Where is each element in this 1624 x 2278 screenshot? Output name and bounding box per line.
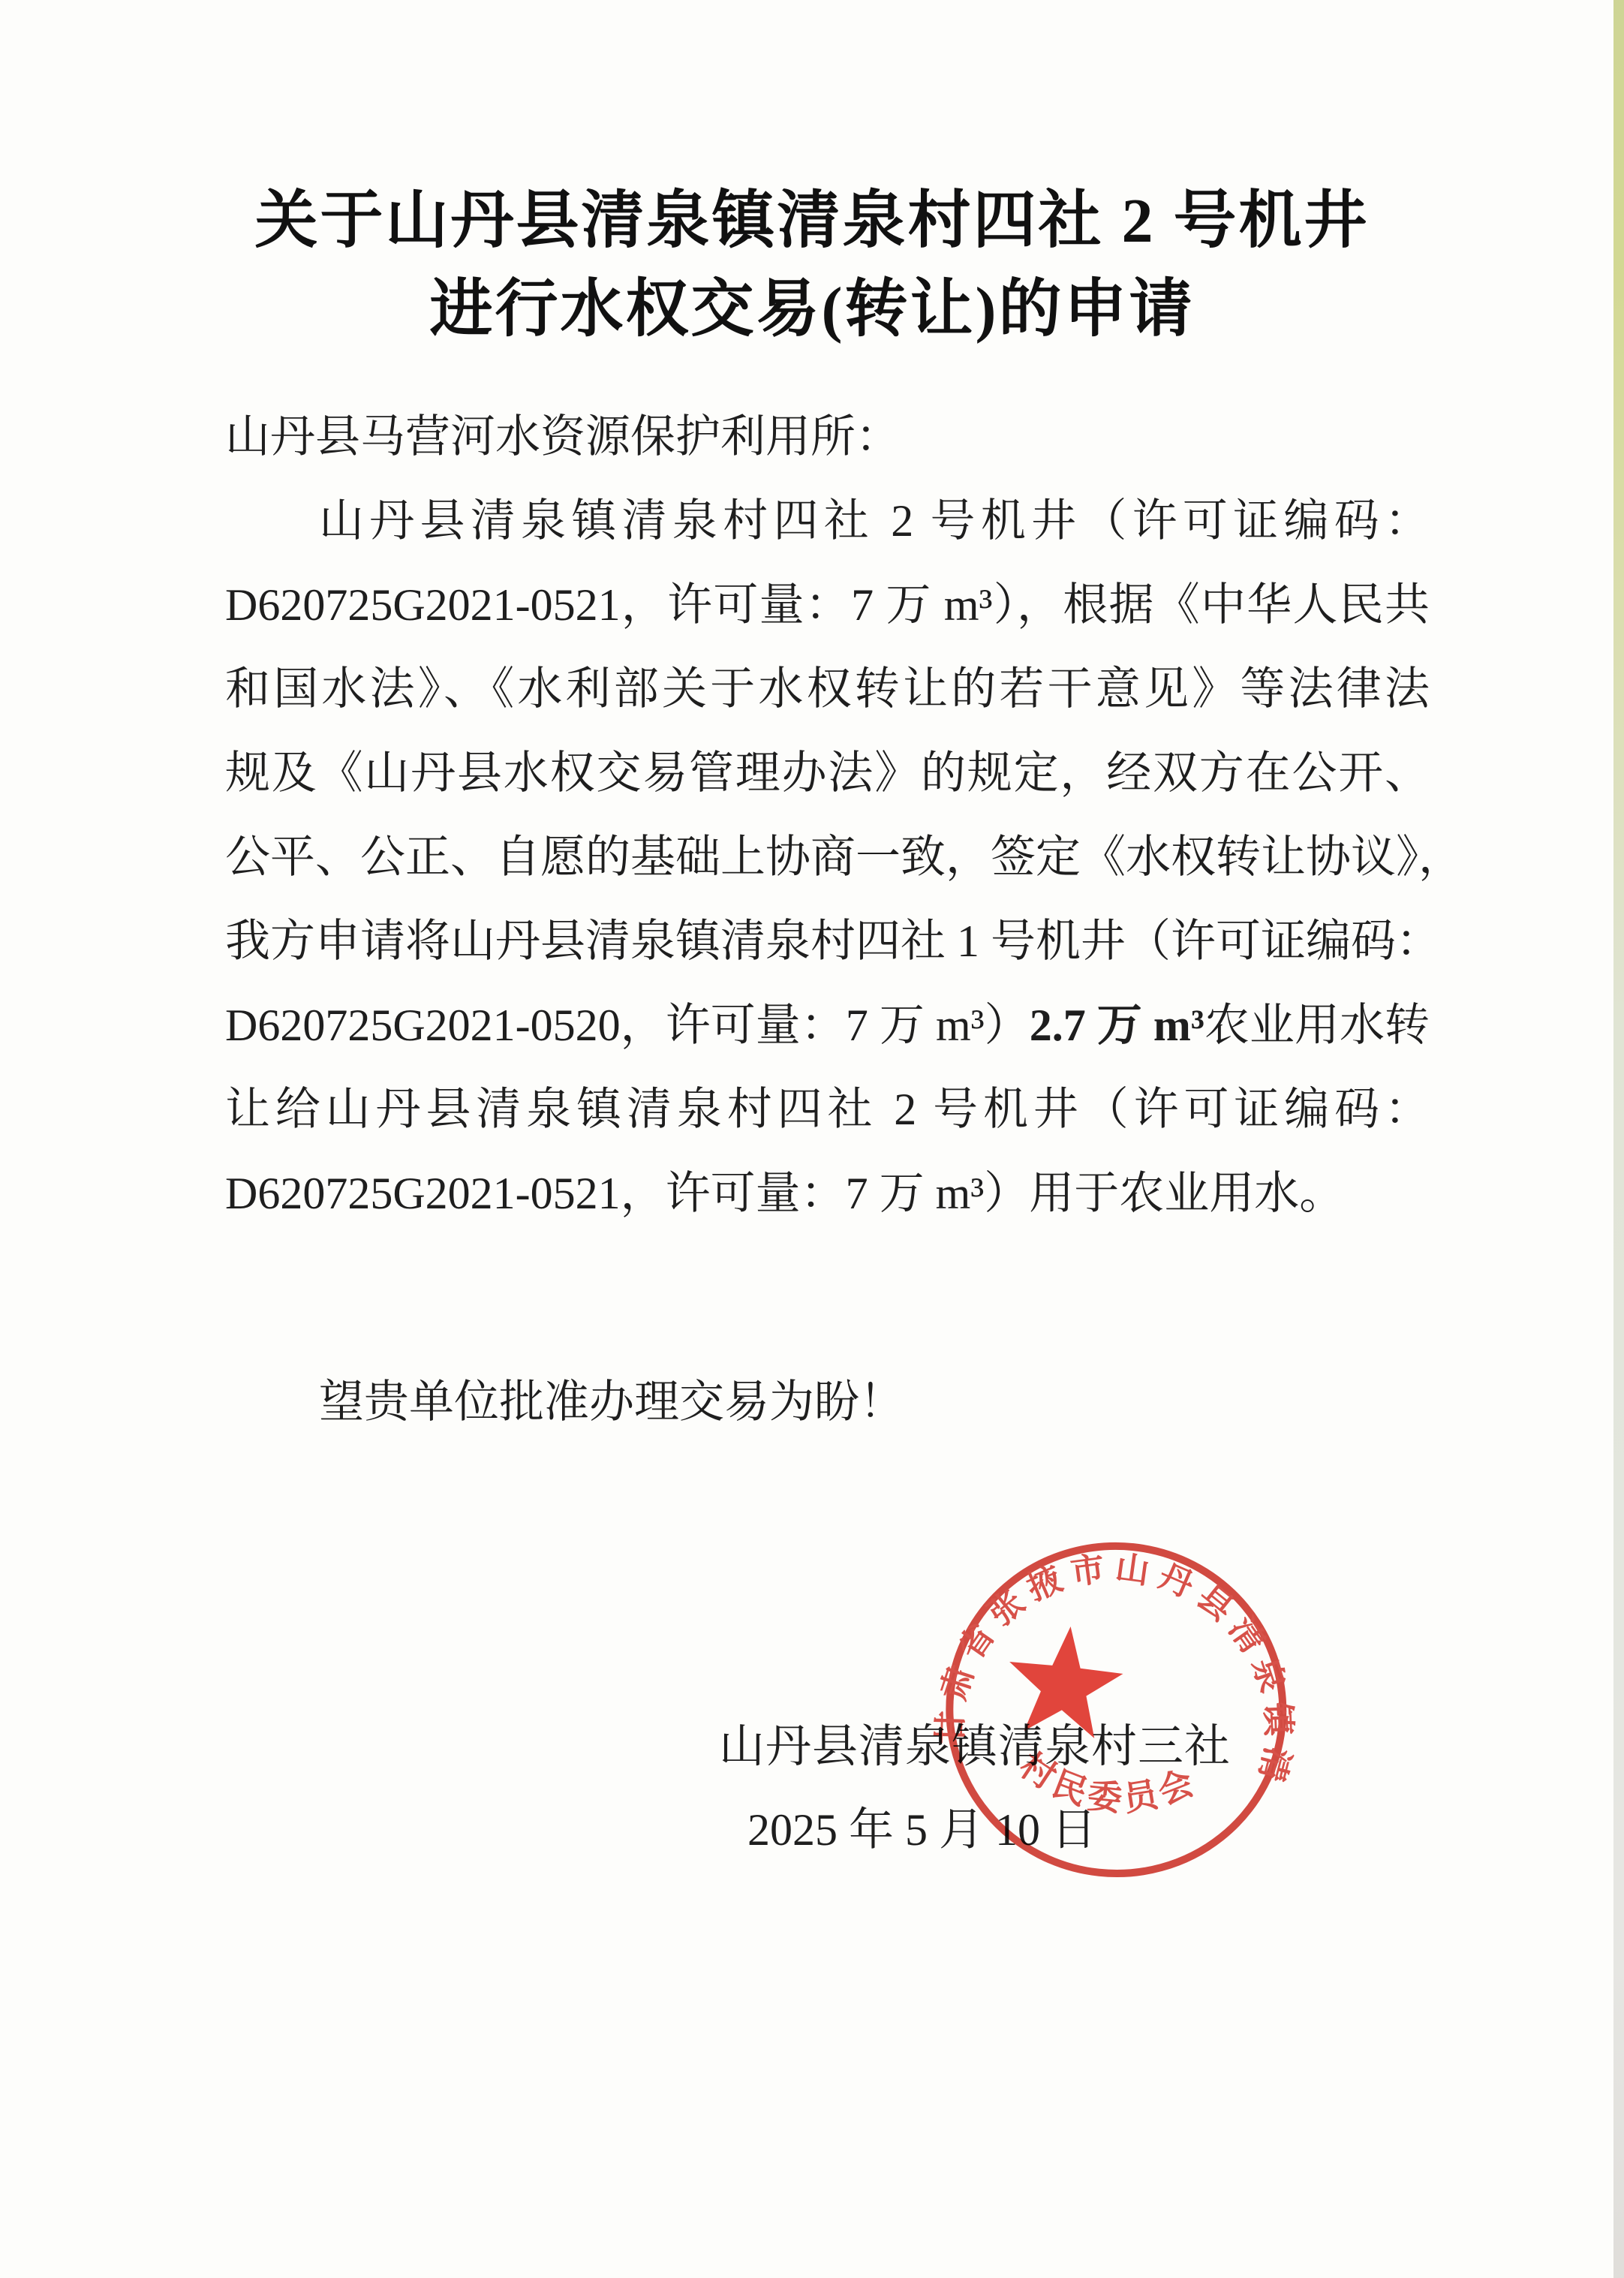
- seal-bottom-text: 村民委员会: [1010, 1744, 1207, 1827]
- salutation-line: 山丹县马营河水资源保护利用所：: [225, 395, 1430, 479]
- red-star-icon: [1003, 1620, 1127, 1741]
- svg-text:甘肃省张掖市山丹县清泉镇清泉村: 甘肃省张掖市山丹县清泉镇清泉村: [909, 1514, 1321, 1794]
- svg-text:村民委员会: 村民委员会: [1010, 1744, 1207, 1827]
- body-line: 山丹县清泉镇清泉村四社 2 号机井（许可证编码：: [225, 479, 1430, 563]
- title-line-1: 关于山丹县清泉镇清泉村四社 2 号机井: [0, 177, 1624, 266]
- body-line: D620725G2021-0521，许可量：7 万 m³）用于农业用水。: [225, 1151, 1430, 1235]
- body-line: 让给山丹县清泉镇清泉村四社 2 号机井（许可证编码：: [225, 1067, 1430, 1151]
- body-line: D620725G2021-0521，许可量：7 万 m³），根据《中华人民共: [225, 563, 1430, 647]
- line-segment-bold: 2.7 万 m³: [1030, 1001, 1204, 1050]
- document-title: 关于山丹县清泉镇清泉村四社 2 号机井 进行水权交易(转让)的申请: [0, 177, 1624, 354]
- closing-line: 望贵单位批准办理交易为盼！: [319, 1360, 904, 1444]
- document-body: 山丹县马营河水资源保护利用所： 山丹县清泉镇清泉村四社 2 号机井（许可证编码：…: [225, 395, 1430, 1235]
- document-page: 关于山丹县清泉镇清泉村四社 2 号机井 进行水权交易(转让)的申请 山丹县马营河…: [0, 0, 1624, 2278]
- body-line: D620725G2021-0520，许可量：7 万 m³）2.7 万 m³农业用…: [225, 983, 1430, 1067]
- scan-edge-artifact: [1613, 0, 1624, 2278]
- official-seal: 甘肃省张掖市山丹县清泉镇清泉村 村民委员会: [909, 1514, 1323, 1910]
- body-line: 我方申请将山丹县清泉镇清泉村四社 1 号机井（许可证编码：: [225, 899, 1430, 983]
- seal-arc-text: 甘肃省张掖市山丹县清泉镇清泉村: [909, 1514, 1321, 1794]
- line-segment: D620725G2021-0520，许可量：7 万 m³）: [225, 1001, 1030, 1050]
- line-segment: 农业用水转: [1204, 1001, 1430, 1050]
- title-line-2: 进行水权交易(转让)的申请: [0, 266, 1624, 354]
- body-line: 公平、公正、自愿的基础上协商一致，签定《水权转让协议》，: [225, 815, 1430, 899]
- body-line: 规及《山丹县水权交易管理办法》的规定，经双方在公开、: [225, 731, 1430, 815]
- body-line: 和国水法》、《水利部关于水权转让的若干意见》等法律法: [225, 647, 1430, 731]
